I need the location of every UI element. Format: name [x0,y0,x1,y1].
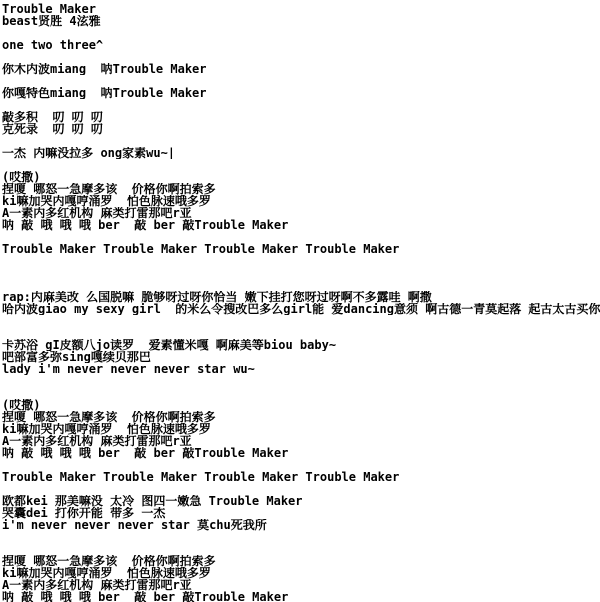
lyric-line: 吧部富多弥sing嘎续贝那巴 [2,351,600,363]
lyric-line: Trouble Maker Trouble Maker Trouble Make… [2,471,600,483]
blank-line [2,531,600,543]
lyrics-page: Trouble Makerbeast贤胜 4泫雅one two three^你木… [0,0,600,602]
lyric-line: 捏嗄 哪怒一急摩多该 价格你啊拍索多 [2,411,600,423]
blank-line [2,267,600,279]
lyric-line: 呐 敲 哦 哦 哦 ber 敲 ber 敲Trouble Maker [2,447,600,459]
lyric-line: Trouble Maker Trouble Maker Trouble Make… [2,243,600,255]
lyric-line: beast贤胜 4泫雅 [2,15,600,27]
blank-line [2,279,600,291]
lyric-line: 一杰 内嘛没拉多 ong家素wu~| [2,147,600,159]
blank-line [2,375,600,387]
lyric-line: (哎撒) [2,399,600,411]
blank-line [2,327,600,339]
blank-line [2,75,600,87]
lyric-line: 哭囊dei 打你开能 带多 一杰 [2,507,600,519]
lyric-line: 克死录 叨 叨 叨 [2,123,600,135]
lyrics-text: Trouble Makerbeast贤胜 4泫雅one two three^你木… [2,3,600,602]
blank-line [2,387,600,399]
blank-line [2,459,600,471]
lyric-line: rap:内麻美改 么国脱嘛 脆够呀过呀你恰当 嫩下挂打您呀过呀啊不多露哇 啊撒 [2,291,600,303]
lyric-line: 欧都kei 那美嘛没 太冷 图四一嫩急 Trouble Maker [2,495,600,507]
lyric-line: Trouble Maker [2,3,600,15]
lyric-line: ki嘛加哭内嘎哼涌罗 怕色脉速哦多罗 [2,423,600,435]
blank-line [2,159,600,171]
lyric-line: 捏嗄 哪怒一急摩多该 价格你啊拍索多 [2,555,600,567]
lyric-line: A一素内多红机构 麻类打雷那吧r亚 [2,435,600,447]
lyric-line: 敲多积 叨 叨 叨 [2,111,600,123]
lyric-line: lady i'm never never never star wu~ [2,363,600,375]
lyric-line: 哈内波giao my sexy girl 的米么令搜改巴多么girl能 爱dan… [2,303,600,315]
blank-line [2,99,600,111]
blank-line [2,543,600,555]
blank-line [2,135,600,147]
lyric-line: 你嘎特色miang 呐Trouble Maker [2,87,600,99]
blank-line [2,255,600,267]
lyric-line: ki嘛加哭内嘎哼涌罗 怕色脉速哦多罗 [2,567,600,579]
lyric-line: 捏嗄 哪怒一急摩多该 价格你啊拍索多 [2,183,600,195]
blank-line [2,51,600,63]
lyric-line: 你木内波miang 呐Trouble Maker [2,63,600,75]
lyric-line: 呐 敲 哦 哦 哦 ber 敲 ber 敲Trouble Maker [2,591,600,602]
lyric-line: i'm never never never star 莫chu死我所 [2,519,600,531]
lyric-line: A一素内多红机构 麻类打雷那吧r亚 [2,579,600,591]
lyric-line: ki嘛加哭内嘎哼涌罗 怕色脉速哦多罗 [2,195,600,207]
blank-line [2,483,600,495]
lyric-line: A一素内多红机构 麻类打雷那吧r亚 [2,207,600,219]
blank-line [2,27,600,39]
lyric-line: 卡苏浴 gI皮额八jo读罗 爱素懂米嘎 啊麻美等biou baby~ [2,339,600,351]
lyric-line: 呐 敲 哦 哦 哦 ber 敲 ber 敲Trouble Maker [2,219,600,231]
lyric-line: one two three^ [2,39,600,51]
lyric-line: (哎撒) [2,171,600,183]
blank-line [2,315,600,327]
blank-line [2,231,600,243]
